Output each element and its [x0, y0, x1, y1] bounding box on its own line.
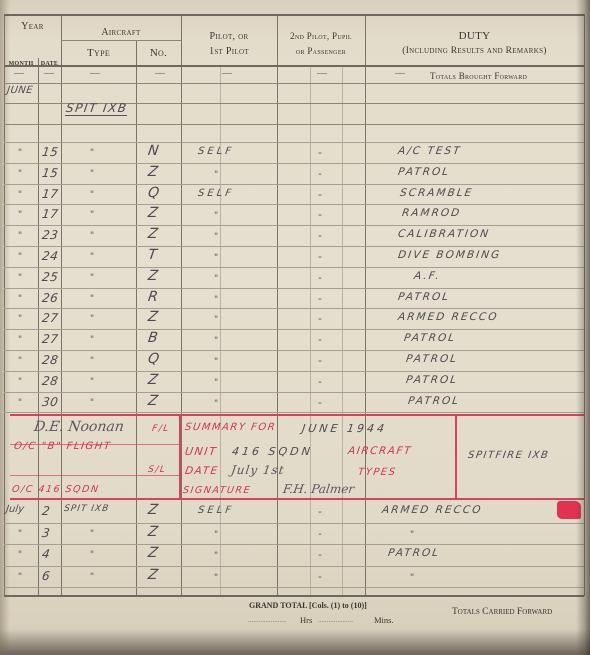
- col-rule-pilot: [181, 14, 182, 596]
- pilot-ditto: ": [214, 211, 218, 221]
- row-aircraft-no: Z: [147, 393, 159, 409]
- month-ditto: ": [18, 314, 22, 324]
- header-second-pilot-1: 2nd Pilot, Pupil: [277, 30, 365, 43]
- type-ditto: ": [90, 550, 94, 560]
- row-second-pilot: -: [318, 312, 322, 325]
- row-aircraft-no: N: [147, 143, 160, 159]
- pilot-ditto: ": [214, 399, 218, 409]
- row-pilot: SELF: [197, 188, 235, 199]
- red-ink-blot: [557, 501, 581, 519]
- col-rule-right: [584, 14, 585, 596]
- row-rule: [4, 142, 584, 143]
- type-ditto: ": [90, 377, 94, 387]
- month-ditto: ": [18, 294, 22, 304]
- month-ditto: ": [18, 190, 22, 200]
- row-aircraft-no: Z: [147, 164, 159, 180]
- dash: —: [395, 68, 405, 79]
- type-ditto: ": [90, 356, 94, 366]
- row-duty: PATROL: [397, 291, 451, 303]
- header-year: Year: [4, 20, 61, 33]
- row-month: July: [5, 504, 25, 515]
- pilot-ditto: ": [214, 378, 218, 388]
- pilot-ditto: ": [214, 170, 218, 180]
- month-ditto: ": [18, 252, 22, 262]
- row-aircraft-no: Z: [147, 524, 159, 540]
- totals-brought-forward: Totals Brought Forward: [430, 70, 580, 83]
- row-second-pilot: -: [318, 396, 322, 409]
- aircraft-sub-rule: [61, 40, 181, 41]
- row-date: 3: [41, 526, 51, 540]
- row-date: 17: [41, 207, 59, 221]
- row-duty: A.F.: [413, 270, 441, 282]
- dash: —: [90, 68, 100, 79]
- row-second-pilot: -: [318, 271, 322, 284]
- row-aircraft-no: Z: [147, 372, 159, 388]
- row-duty: ARMED RECCO: [397, 311, 499, 323]
- pilot-ditto: ": [214, 573, 218, 583]
- pilot-ditto: ": [214, 551, 218, 561]
- row-pilot: SELF: [197, 505, 235, 516]
- col-rule-duty: [365, 14, 366, 596]
- row-date: 6: [41, 569, 51, 583]
- mins-dots: ....................: [318, 616, 353, 624]
- month-label: June: [6, 85, 34, 96]
- row-date: 24: [41, 249, 59, 263]
- dash: —: [317, 68, 327, 79]
- month-ditto: ": [18, 335, 22, 345]
- aircraft-types-value: SPITFIRE IXB: [467, 450, 550, 461]
- row-duty: PATROL: [397, 166, 451, 178]
- row-rule: [4, 329, 584, 330]
- row-aircraft-no: Z: [147, 268, 159, 284]
- row-date: 15: [41, 166, 59, 180]
- header-top-rule: [4, 14, 584, 16]
- row-aircraft-no: Q: [147, 351, 160, 367]
- row-duty: PATROL: [405, 374, 459, 386]
- row-aircraft-no: Z: [147, 309, 159, 325]
- summary-top-rule: [10, 414, 584, 416]
- row-second-pilot: -: [318, 167, 322, 180]
- pilot-ditto: ": [214, 315, 218, 325]
- row-rule: [4, 371, 584, 372]
- header-duty: DUTY: [365, 30, 584, 43]
- row-date: 15: [41, 145, 59, 159]
- sub-rule: [220, 65, 221, 596]
- month-ditto: ": [18, 377, 22, 387]
- flight-commander-role: O/C "B" FLIGHT: [13, 441, 112, 452]
- row-duty: PATROL: [407, 395, 461, 407]
- row-pilot: SELF: [197, 146, 235, 157]
- row-aircraft-no: T: [147, 247, 158, 263]
- row-second-pilot: -: [318, 229, 322, 242]
- dash: —: [44, 68, 54, 79]
- col-rule-type: [61, 14, 62, 596]
- duty-ditto: ": [410, 530, 414, 540]
- row-date: 17: [41, 187, 59, 201]
- row-aircraft-no: Z: [147, 545, 159, 561]
- row-date: 23: [41, 228, 59, 242]
- type-ditto: ": [90, 335, 94, 345]
- brought-forward-rule: [4, 83, 584, 84]
- pilot-ditto: ": [214, 274, 218, 284]
- month-ditto: ": [18, 529, 22, 539]
- row-rule: [4, 225, 584, 226]
- dash: —: [14, 68, 24, 79]
- header-type: Type: [61, 47, 136, 60]
- month-ditto: ": [18, 210, 22, 220]
- row-rule: [4, 412, 584, 413]
- row-duty: PATROL: [387, 547, 441, 559]
- row-second-pilot: -: [318, 208, 322, 221]
- row-date: 30: [41, 395, 59, 409]
- row-aircraft-no: Q: [147, 185, 160, 201]
- row-second-pilot: -: [318, 250, 322, 263]
- summary-for-label: SUMMARY FOR: [184, 422, 277, 433]
- row-date: 27: [41, 332, 59, 346]
- month-ditto: ": [18, 231, 22, 241]
- header-pilot-2: 1st Pilot: [181, 45, 277, 58]
- hrs-label: Hrs: [300, 615, 312, 625]
- row-rule: [4, 204, 584, 205]
- summary-for-value: JUNE 1944: [301, 422, 388, 435]
- summary-bottom-rule: [10, 498, 584, 500]
- row-second-pilot: -: [318, 146, 322, 159]
- header-duty-sub: (Including Results and Remarks): [365, 45, 584, 58]
- row-rule: [4, 246, 584, 247]
- date-label: DATE: [184, 465, 219, 477]
- sub-rule: [342, 65, 343, 596]
- row-duty: ARMED RECCO: [381, 504, 483, 516]
- totals-carried-forward: Totals Carried Forward: [452, 607, 552, 617]
- header-pilot-1: Pilot, or: [181, 30, 277, 43]
- pilot-ditto: ": [214, 530, 218, 540]
- type-ditto: ": [90, 273, 94, 283]
- header-no: No.: [136, 47, 181, 60]
- logbook-page: Year Month Date Aircraft Type No. Pilot,…: [0, 0, 590, 655]
- col-rule-date: [38, 58, 39, 596]
- row-date: 28: [41, 353, 59, 367]
- row-rule: [4, 523, 584, 524]
- summary-box-left: [179, 414, 181, 500]
- month-ditto: ": [18, 148, 22, 158]
- row-rule: [4, 267, 584, 268]
- row-second-pilot: -: [318, 527, 322, 540]
- pilot-ditto: ": [214, 336, 218, 346]
- hrs-dots: ......................: [248, 616, 287, 624]
- row-second-pilot: -: [318, 375, 322, 388]
- grand-total-label: GRAND TOTAL [Cols. (1) to (10)]: [249, 601, 367, 610]
- row-rule: [4, 544, 584, 545]
- pilot-ditto: ": [214, 232, 218, 242]
- dash: —: [155, 68, 165, 79]
- type-ditto: ": [90, 231, 94, 241]
- type-ditto: ": [90, 314, 94, 324]
- row-aircraft-no: Z: [147, 205, 159, 221]
- row-duty: PATROL: [405, 353, 459, 365]
- row-second-pilot: -: [318, 354, 322, 367]
- flight-commander-signature: D.E. Noonan: [33, 419, 125, 435]
- dash: —: [222, 68, 232, 79]
- squadron-commander-role: O/C 416 SQDN: [11, 484, 100, 495]
- row-second-pilot: -: [318, 548, 322, 561]
- mins-label: Mins.: [374, 615, 394, 625]
- type-ditto: ": [90, 572, 94, 582]
- type-ditto: ": [90, 252, 94, 262]
- flight-commander-rank: F/L: [151, 424, 170, 434]
- month-ditto: ": [18, 356, 22, 366]
- row-rule: [4, 163, 584, 164]
- date-value: July 1st: [230, 463, 286, 477]
- row-aircraft-no: Z: [147, 226, 159, 242]
- aircraft-type-heading: SPIT IXB: [65, 101, 129, 116]
- pilot-ditto: ": [214, 253, 218, 263]
- sub-rule: [310, 65, 311, 596]
- signature-label: SIGNATURE: [182, 485, 252, 496]
- row-date: 26: [41, 291, 59, 305]
- row-second-pilot: -: [318, 188, 322, 201]
- month-ditto: ": [18, 572, 22, 582]
- duty-ditto: ": [410, 573, 414, 583]
- row-rule: [4, 184, 584, 185]
- header-aircraft: Aircraft: [61, 26, 181, 39]
- row-duty: SCRAMBLE: [399, 187, 474, 199]
- col-rule-second: [277, 14, 278, 596]
- row-second-pilot: -: [318, 292, 322, 305]
- pilot-ditto: ": [214, 357, 218, 367]
- row-duty: DIVE BOMBING: [397, 249, 502, 261]
- row-aircraft-no: Z: [147, 502, 159, 518]
- footer-rule: [4, 595, 584, 597]
- row-date: 25: [41, 270, 59, 284]
- row-type: SPIT IXB: [63, 504, 110, 514]
- type-ditto: ": [90, 529, 94, 539]
- row-second-pilot: -: [318, 505, 322, 518]
- squadron-commander-rank: S/L: [147, 465, 167, 475]
- row-date: 27: [41, 311, 59, 325]
- month-ditto: ": [18, 273, 22, 283]
- row-aircraft-no: B: [147, 330, 159, 346]
- row-date: 28: [41, 374, 59, 388]
- month-ditto: ": [18, 550, 22, 560]
- row-date: 4: [41, 547, 51, 561]
- row-rule: [4, 124, 584, 125]
- row-date: 2: [41, 504, 51, 518]
- row-rule: [4, 566, 584, 567]
- signature-value: F.H. Palmer: [282, 482, 355, 496]
- type-ditto: ": [90, 190, 94, 200]
- month-ditto: ": [18, 398, 22, 408]
- header-bottom-rule: [4, 65, 584, 67]
- types-label: TYPES: [357, 467, 397, 478]
- row-duty: A/C TEST: [397, 145, 462, 157]
- summary-box-right: [455, 414, 457, 500]
- unit-label: UNIT: [184, 445, 218, 458]
- row-rule: [4, 392, 584, 393]
- row-duty: RAMROD: [401, 207, 462, 219]
- row-duty: PATROL: [403, 332, 457, 344]
- row-aircraft-no: R: [147, 289, 159, 305]
- type-ditto: ": [90, 398, 94, 408]
- row-rule: [4, 350, 584, 351]
- type-ditto: ": [90, 210, 94, 220]
- summary-rule: [10, 475, 180, 476]
- header-second-pilot-2: or Passenger: [277, 45, 365, 58]
- type-ditto: ": [90, 169, 94, 179]
- row-aircraft-no: Z: [147, 567, 159, 583]
- row-rule: [4, 587, 584, 588]
- row-duty: CALIBRATION: [397, 228, 491, 240]
- month-ditto: ": [18, 169, 22, 179]
- row-rule: [4, 308, 584, 309]
- aircraft-label: AIRCRAFT: [347, 445, 413, 457]
- row-second-pilot: -: [318, 333, 322, 346]
- col-rule-left: [4, 14, 5, 596]
- pilot-ditto: ": [214, 295, 218, 305]
- type-ditto: ": [90, 148, 94, 158]
- row-rule: [4, 288, 584, 289]
- unit-value: 416 SQDN: [231, 445, 314, 458]
- type-ditto: ": [90, 294, 94, 304]
- row-second-pilot: -: [318, 570, 322, 583]
